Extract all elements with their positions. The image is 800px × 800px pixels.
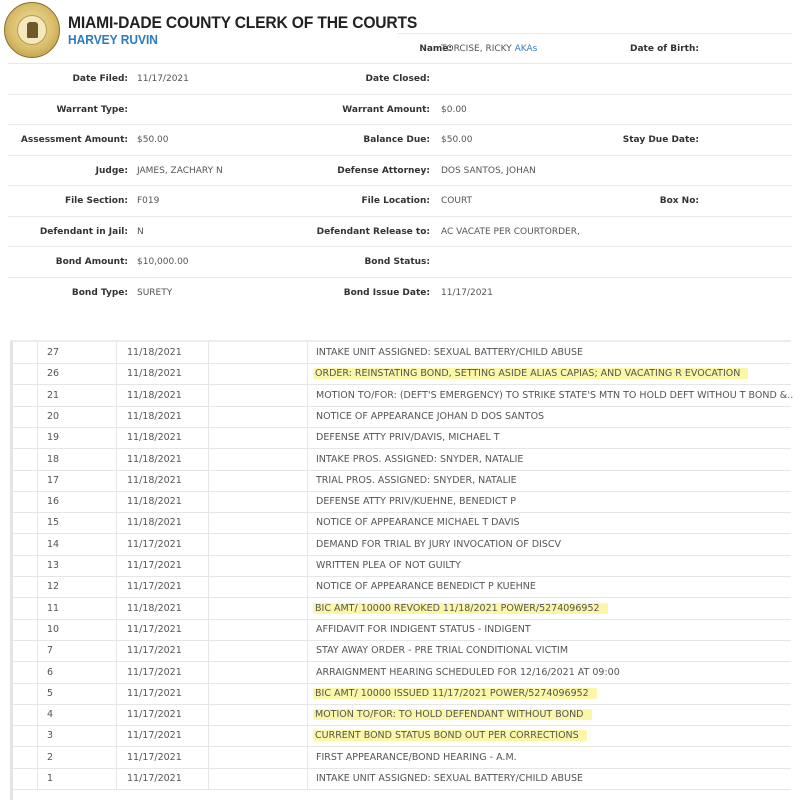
site-subtitle: HARVEY RUVIN xyxy=(68,32,158,47)
defendant-in-jail-label: Defendant in Jail: xyxy=(40,227,128,237)
docket-date: 11/17/2021 xyxy=(117,683,209,704)
docket-select-cell[interactable] xyxy=(13,385,38,406)
docket-select-cell[interactable] xyxy=(13,576,38,597)
docket-date: 11/18/2021 xyxy=(117,427,209,448)
docket-select-cell[interactable] xyxy=(13,342,38,363)
docket-select-cell[interactable] xyxy=(13,555,38,576)
judge-label: Judge: xyxy=(96,166,128,176)
docket-seq: 16 xyxy=(37,491,117,512)
docket-select-cell[interactable] xyxy=(13,363,38,384)
docket-date: 11/17/2021 xyxy=(117,747,209,768)
dob-label: Date of Birth: xyxy=(630,44,699,54)
defendant-release-value: AC VACATE PER COURTORDER, xyxy=(441,227,580,237)
docket-text: STAY AWAY ORDER - PRE TRIAL CONDITIONAL … xyxy=(307,640,791,661)
info-row-file: File Section: F019 File Location: COURT … xyxy=(8,185,792,216)
docket-text-value: STAY AWAY ORDER - PRE TRIAL CONDITIONAL … xyxy=(316,645,568,656)
docket-pages xyxy=(209,662,308,683)
bond-amount-label: Bond Amount: xyxy=(56,257,128,267)
docket-row[interactable]: 2011/18/2021NOTICE OF APPEARANCE JOHAN D… xyxy=(13,406,791,428)
docket-pages xyxy=(209,491,308,512)
info-row-amounts: Assessment Amount: $50.00 Balance Due: $… xyxy=(8,124,792,155)
docket-select-cell[interactable] xyxy=(13,534,38,555)
docket-date: 11/17/2021 xyxy=(117,704,209,725)
defendant-release-label: Defendant Release to: xyxy=(317,227,430,237)
judge-value: JAMES, ZACHARY N xyxy=(137,166,223,176)
docket-select-cell[interactable] xyxy=(13,427,38,448)
docket-select-cell[interactable] xyxy=(13,619,38,640)
file-section-value: F019 xyxy=(137,196,159,206)
warrant-amount-label: Warrant Amount: xyxy=(342,105,430,115)
docket-pages xyxy=(209,342,308,363)
docket-row[interactable]: 2711/18/2021INTAKE UNIT ASSIGNED: SEXUAL… xyxy=(13,342,791,364)
docket-pages xyxy=(209,598,308,619)
docket-row[interactable]: 1611/18/2021DEFENSE ATTY PRIV/KUEHNE, BE… xyxy=(13,491,791,513)
county-courts-seal-icon[interactable] xyxy=(4,2,60,58)
docket-text-highlighted: BIC AMT/ 10000 REVOKED 11/18/2021 POWER/… xyxy=(313,603,608,614)
docket-text-highlighted: MOTION TO/FOR: TO HOLD DEFENDANT WITHOUT… xyxy=(313,709,592,720)
assessment-amount-value: $50.00 xyxy=(137,135,169,145)
docket-row[interactable]: 1811/18/2021INTAKE PROS. ASSIGNED: SNYDE… xyxy=(13,449,791,471)
docket-pages xyxy=(209,555,308,576)
docket-seq: 1 xyxy=(37,768,117,789)
stay-due-date-label: Stay Due Date: xyxy=(623,135,699,145)
docket-row[interactable]: 1211/17/2021NOTICE OF APPEARANCE BENEDIC… xyxy=(13,576,791,598)
assessment-amount-label: Assessment Amount: xyxy=(21,135,128,145)
defendant-name: TORCISE, RICKY xyxy=(441,44,512,54)
date-closed-label: Date Closed: xyxy=(366,74,430,84)
seal-figure xyxy=(27,22,38,38)
docket-text: INTAKE UNIT ASSIGNED: SEXUAL BATTERY/CHI… xyxy=(307,342,791,363)
docket-seq: 21 xyxy=(37,385,117,406)
docket-date: 11/18/2021 xyxy=(117,363,209,384)
docket-select-cell[interactable] xyxy=(13,704,38,725)
docket-date: 11/17/2021 xyxy=(117,725,209,746)
docket-select-cell[interactable] xyxy=(13,683,38,704)
docket-select-cell[interactable] xyxy=(13,449,38,470)
docket-row[interactable]: 711/17/2021STAY AWAY ORDER - PRE TRIAL C… xyxy=(13,640,791,662)
balance-due-value: $50.00 xyxy=(441,135,473,145)
balance-due-label: Balance Due: xyxy=(363,135,430,145)
bond-amount-value: $10,000.00 xyxy=(137,257,189,267)
docket-row[interactable]: 1411/17/2021DEMAND FOR TRIAL BY JURY INV… xyxy=(13,534,791,556)
docket-seq: 19 xyxy=(37,427,117,448)
docket-seq: 18 xyxy=(37,449,117,470)
docket-text: NOTICE OF APPEARANCE MICHAEL T DAVIS xyxy=(307,512,791,533)
docket-seq: 10 xyxy=(37,619,117,640)
docket-text: BIC AMT/ 10000 REVOKED 11/18/2021 POWER/… xyxy=(307,598,791,619)
docket-table: 2711/18/2021INTAKE UNIT ASSIGNED: SEXUAL… xyxy=(10,340,791,800)
docket-text-highlighted: BIC AMT/ 10000 ISSUED 11/17/2021 POWER/5… xyxy=(313,688,597,699)
docket-seq: 12 xyxy=(37,576,117,597)
bond-type-label: Bond Type: xyxy=(72,288,128,298)
docket-pages xyxy=(209,704,308,725)
docket-row[interactable]: 511/17/2021BIC AMT/ 10000 ISSUED 11/17/2… xyxy=(13,683,791,705)
docket-pages xyxy=(209,725,308,746)
docket-seq: 7 xyxy=(37,640,117,661)
docket-text-value: INTAKE PROS. ASSIGNED: SNYDER, NATALIE xyxy=(316,454,523,465)
docket-seq: 26 xyxy=(37,363,117,384)
docket-date: 11/18/2021 xyxy=(117,512,209,533)
docket-row[interactable]: 411/17/2021MOTION TO/FOR: TO HOLD DEFEND… xyxy=(13,704,791,726)
info-row-warrant: Warrant Type: Warrant Amount: $0.00 xyxy=(8,94,792,125)
docket-row[interactable]: 2611/18/2021ORDER: REINSTATING BOND, SET… xyxy=(13,363,791,385)
docket-row[interactable]: 211/17/2021FIRST APPEARANCE/BOND HEARING… xyxy=(13,747,791,769)
docket-text-value: DEFENSE ATTY PRIV/DAVIS, MICHAEL T xyxy=(316,432,500,443)
docket-date: 11/17/2021 xyxy=(117,768,209,789)
docket-row[interactable]: 1111/18/2021BIC AMT/ 10000 REVOKED 11/18… xyxy=(13,598,791,620)
docket-seq: 15 xyxy=(37,512,117,533)
bond-issue-date-label: Bond Issue Date: xyxy=(344,288,430,298)
docket-seq: 17 xyxy=(37,470,117,491)
docket-text: ARRAIGNMENT HEARING SCHEDULED FOR 12/16/… xyxy=(307,662,791,683)
docket-pages xyxy=(209,534,308,555)
docket-date: 11/18/2021 xyxy=(117,598,209,619)
docket-date: 11/18/2021 xyxy=(117,342,209,363)
info-row-bond: Bond Amount: $10,000.00 Bond Status: xyxy=(8,246,792,277)
file-section-label: File Section: xyxy=(65,196,128,206)
date-filed-value: 11/17/2021 xyxy=(137,74,189,84)
docket-select-cell[interactable] xyxy=(13,747,38,768)
docket-pages xyxy=(209,470,308,491)
name-value: TORCISE, RICKY AKAs xyxy=(441,44,537,54)
docket-seq: 3 xyxy=(37,725,117,746)
warrant-type-label: Warrant Type: xyxy=(56,105,128,115)
docket-date: 11/17/2021 xyxy=(117,662,209,683)
docket-pages xyxy=(209,576,308,597)
docket-select-cell[interactable] xyxy=(13,512,38,533)
docket-pages xyxy=(209,640,308,661)
docket-pages xyxy=(209,768,308,789)
info-row-dates: Date Filed: 11/17/2021 Date Closed: xyxy=(8,63,792,94)
docket-select-cell[interactable] xyxy=(13,598,38,619)
docket-seq: 13 xyxy=(37,555,117,576)
docket-date: 11/18/2021 xyxy=(117,385,209,406)
docket-text: FIRST APPEARANCE/BOND HEARING - A.M. xyxy=(307,747,791,768)
docket-pages xyxy=(209,449,308,470)
docket-select-cell[interactable] xyxy=(13,470,38,491)
docket-pages xyxy=(209,427,308,448)
docket-text: DEFENSE ATTY PRIV/KUEHNE, BENEDICT P xyxy=(307,491,791,512)
docket-text: WRITTEN PLEA OF NOT GUILTY xyxy=(307,555,791,576)
docket-row[interactable]: 1911/18/2021DEFENSE ATTY PRIV/DAVIS, MIC… xyxy=(13,427,791,449)
docket-text: DEMAND FOR TRIAL BY JURY INVOCATION OF D… xyxy=(307,534,791,555)
docket-text-value: TRIAL PROS. ASSIGNED: SNYDER, NATALIE xyxy=(316,475,517,486)
docket-seq: 27 xyxy=(37,342,117,363)
docket-text: BIC AMT/ 10000 ISSUED 11/17/2021 POWER/5… xyxy=(307,683,791,704)
docket-pages xyxy=(209,619,308,640)
docket-select-cell[interactable] xyxy=(13,406,38,427)
docket-text: INTAKE UNIT ASSIGNED: SEXUAL BATTERY/CHI… xyxy=(307,768,791,789)
docket-text: NOTICE OF APPEARANCE JOHAN D DOS SANTOS xyxy=(307,406,791,427)
docket-text-value: DEMAND FOR TRIAL BY JURY INVOCATION OF D… xyxy=(316,539,561,550)
docket-text-value: ARRAIGNMENT HEARING SCHEDULED FOR 12/16/… xyxy=(316,667,620,678)
info-row-bond-type: Bond Type: SURETY Bond Issue Date: 11/17… xyxy=(8,277,792,308)
docket-row[interactable]: 1311/17/2021WRITTEN PLEA OF NOT GUILTY xyxy=(13,555,791,577)
info-row-judge: Judge: JAMES, ZACHARY N Defense Attorney… xyxy=(8,155,792,186)
file-location-label: File Location: xyxy=(362,196,430,206)
docket-seq: 14 xyxy=(37,534,117,555)
docket-date: 11/18/2021 xyxy=(117,449,209,470)
docket-text-value: INTAKE UNIT ASSIGNED: SEXUAL BATTERY/CHI… xyxy=(316,773,583,784)
akas-link[interactable]: AKAs xyxy=(515,44,538,54)
docket-seq: 2 xyxy=(37,747,117,768)
defendant-in-jail-value: N xyxy=(137,227,144,237)
docket-select-cell[interactable] xyxy=(13,768,38,789)
docket-text: AFFIDAVIT FOR INDIGENT STATUS - INDIGENT xyxy=(307,619,791,640)
bond-type-value: SURETY xyxy=(137,288,172,298)
seal-center xyxy=(17,15,47,45)
box-no-label: Box No: xyxy=(660,196,699,206)
docket-seq: 4 xyxy=(37,704,117,725)
bond-issue-date-value: 11/17/2021 xyxy=(441,288,493,298)
docket-select-cell[interactable] xyxy=(13,725,38,746)
warrant-amount-value: $0.00 xyxy=(441,105,467,115)
docket-text-value: NOTICE OF APPEARANCE JOHAN D DOS SANTOS xyxy=(316,411,544,422)
docket-row[interactable]: 1711/18/2021TRIAL PROS. ASSIGNED: SNYDER… xyxy=(13,470,791,492)
docket-row[interactable]: 1511/18/2021NOTICE OF APPEARANCE MICHAEL… xyxy=(13,512,791,534)
docket-seq: 20 xyxy=(37,406,117,427)
docket-text: MOTION TO/FOR: TO HOLD DEFENDANT WITHOUT… xyxy=(307,704,791,725)
docket-date: 11/18/2021 xyxy=(117,491,209,512)
docket-text-value: FIRST APPEARANCE/BOND HEARING - A.M. xyxy=(316,752,517,763)
docket-text: INTAKE PROS. ASSIGNED: SNYDER, NATALIE xyxy=(307,449,791,470)
docket-text-highlighted: ORDER: REINSTATING BOND, SETTING ASIDE A… xyxy=(313,368,748,379)
info-row-name: Name: TORCISE, RICKY AKAs Date of Birth: xyxy=(398,33,792,64)
docket-row[interactable]: 1011/17/2021AFFIDAVIT FOR INDIGENT STATU… xyxy=(13,619,791,641)
docket-pages xyxy=(209,406,308,427)
docket-date: 11/17/2021 xyxy=(117,640,209,661)
docket-row[interactable]: 111/17/2021INTAKE UNIT ASSIGNED: SEXUAL … xyxy=(13,768,791,790)
docket-text: TRIAL PROS. ASSIGNED: SNYDER, NATALIE xyxy=(307,470,791,491)
docket-text-value: NOTICE OF APPEARANCE MICHAEL T DAVIS xyxy=(316,517,520,528)
docket-text: CURRENT BOND STATUS BOND OUT PER CORRECT… xyxy=(307,725,791,746)
file-location-value: COURT xyxy=(441,196,472,206)
docket-select-cell[interactable] xyxy=(13,640,38,661)
docket-pages xyxy=(209,512,308,533)
docket-pages xyxy=(209,683,308,704)
info-row-custody: Defendant in Jail: N Defendant Release t… xyxy=(8,216,792,247)
docket-text-value: INTAKE UNIT ASSIGNED: SEXUAL BATTERY/CHI… xyxy=(316,347,583,358)
docket-row[interactable]: 611/17/2021ARRAIGNMENT HEARING SCHEDULED… xyxy=(13,662,791,684)
docket-date: 11/17/2021 xyxy=(117,534,209,555)
docket-date: 11/17/2021 xyxy=(117,619,209,640)
docket-date: 11/18/2021 xyxy=(117,470,209,491)
date-filed-label: Date Filed: xyxy=(72,74,128,84)
docket-text: DEFENSE ATTY PRIV/DAVIS, MICHAEL T xyxy=(307,427,791,448)
bond-status-label: Bond Status: xyxy=(364,257,430,267)
docket-text: MOTION TO/FOR: (DEFT'S EMERGENCY) TO STR… xyxy=(307,385,791,406)
docket-pages xyxy=(209,385,308,406)
site-title: MIAMI-DADE COUNTY CLERK OF THE COURTS xyxy=(68,13,417,33)
docket-text-value: DEFENSE ATTY PRIV/KUEHNE, BENEDICT P xyxy=(316,496,516,507)
docket-seq: 6 xyxy=(37,662,117,683)
docket-select-cell[interactable] xyxy=(13,662,38,683)
docket-pages xyxy=(209,363,308,384)
docket-date: 11/17/2021 xyxy=(117,555,209,576)
docket-text-value: WRITTEN PLEA OF NOT GUILTY xyxy=(316,560,461,571)
docket-select-cell[interactable] xyxy=(13,491,38,512)
defense-attorney-value: DOS SANTOS, JOHAN xyxy=(441,166,536,176)
docket-pages xyxy=(209,747,308,768)
docket-seq: 5 xyxy=(37,683,117,704)
docket-text-highlighted: CURRENT BOND STATUS BOND OUT PER CORRECT… xyxy=(313,730,587,741)
docket-text: ORDER: REINSTATING BOND, SETTING ASIDE A… xyxy=(307,363,791,384)
site-header: MIAMI-DADE COUNTY CLERK OF THE COURTS HA… xyxy=(0,0,400,62)
docket-date: 11/18/2021 xyxy=(117,406,209,427)
docket-text: NOTICE OF APPEARANCE BENEDICT P KUEHNE xyxy=(307,576,791,597)
docket-text-value: AFFIDAVIT FOR INDIGENT STATUS - INDIGENT xyxy=(316,624,531,635)
docket-text-value: MOTION TO/FOR: (DEFT'S EMERGENCY) TO STR… xyxy=(316,390,793,401)
docket-row[interactable]: 311/17/2021CURRENT BOND STATUS BOND OUT … xyxy=(13,725,791,747)
docket-seq: 11 xyxy=(37,598,117,619)
docket-text-value: NOTICE OF APPEARANCE BENEDICT P KUEHNE xyxy=(316,581,536,592)
docket-date: 11/17/2021 xyxy=(117,576,209,597)
defense-attorney-label: Defense Attorney: xyxy=(337,166,430,176)
docket-row[interactable]: 2111/18/2021MOTION TO/FOR: (DEFT'S EMERG… xyxy=(13,385,791,407)
